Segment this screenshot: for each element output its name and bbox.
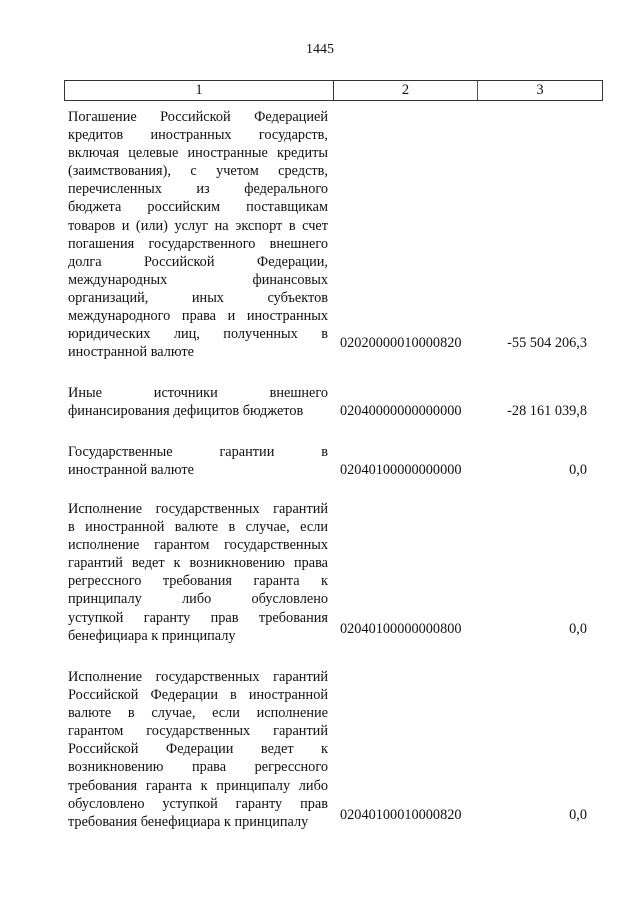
description-line: гарантом государственных гарантий [68, 722, 328, 740]
row-amount: 0,0 [569, 620, 587, 638]
description-line: перечисленных из федерального [68, 180, 328, 198]
description-line: долга Российской Федерации, [68, 253, 328, 271]
row-description: Иные источники внешнего финансирования д… [68, 384, 328, 420]
description-line: организаций, иных субъектов [68, 289, 328, 307]
description-line: иностранной валюте [68, 343, 328, 361]
description-line: требования бенефициара к принципалу [68, 813, 328, 831]
row-amount: -28 161 039,8 [507, 402, 587, 420]
row-description: Погашение Российской Федерацией кредитов… [68, 108, 328, 361]
description-line: принципалу либо обусловлено [68, 590, 328, 608]
description-line: финансирования дефицитов бюджетов [68, 402, 328, 420]
row-code: 02040100000000800 [340, 620, 462, 638]
description-line: бенефициара к принципалу [68, 627, 328, 645]
description-line: кредитов иностранных государств, [68, 126, 328, 144]
description-line: Государственные гарантии в [68, 443, 328, 461]
description-line: Исполнение государственных гарантий [68, 500, 328, 518]
description-line: уступкой гаранту прав требования [68, 609, 328, 627]
description-line: Российской Федерации в иностранной [68, 686, 328, 704]
description-line: требования гаранта к принципалу либо [68, 777, 328, 795]
description-line: юридических лиц, полученных в [68, 325, 328, 343]
description-line: международных финансовых [68, 271, 328, 289]
description-line: бюджета российским поставщикам [68, 198, 328, 216]
description-line: погашения государственного внешнего [68, 235, 328, 253]
column-header-3: 3 [478, 81, 602, 100]
description-line: гарантий ведет к возникновению права [68, 554, 328, 572]
row-code: 02040100010000820 [340, 806, 462, 824]
row-description: Государственные гарантии в иностранной в… [68, 443, 328, 479]
description-line: валюте в случае, если исполнение [68, 704, 328, 722]
description-line: Погашение Российской Федерацией [68, 108, 328, 126]
description-line: (заимствования), с учетом средств, [68, 162, 328, 180]
row-code: 02020000010000820 [340, 334, 462, 352]
row-code: 02040100000000000 [340, 461, 462, 479]
description-line: обусловлено уступкой гаранту прав [68, 795, 328, 813]
row-description: Исполнение государственных гарантий в ин… [68, 500, 328, 645]
description-line: иностранной валюте [68, 461, 328, 479]
description-line: международного права и иностранных [68, 307, 328, 325]
row-description: Исполнение государственных гарантий Росс… [68, 668, 328, 831]
row-amount: 0,0 [569, 461, 587, 479]
column-header-1: 1 [65, 81, 334, 100]
row-code: 02040000000000000 [340, 402, 462, 420]
row-amount: 0,0 [569, 806, 587, 824]
description-line: Исполнение государственных гарантий [68, 668, 328, 686]
description-line: возникновению права регрессного [68, 758, 328, 776]
page-number: 1445 [0, 42, 640, 58]
table-header-row: 1 2 3 [64, 80, 603, 101]
description-line: исполнение гарантом государственных [68, 536, 328, 554]
description-line: Российской Федерации ведет к [68, 740, 328, 758]
description-line: товаров и (или) услуг на экспорт в счет [68, 217, 328, 235]
column-header-2: 2 [334, 81, 478, 100]
description-line: включая целевые иностранные кредиты [68, 144, 328, 162]
description-line: регрессного требования гаранта к [68, 572, 328, 590]
row-amount: -55 504 206,3 [507, 334, 587, 352]
description-line: Иные источники внешнего [68, 384, 328, 402]
description-line: в иностранной валюте в случае, если [68, 518, 328, 536]
